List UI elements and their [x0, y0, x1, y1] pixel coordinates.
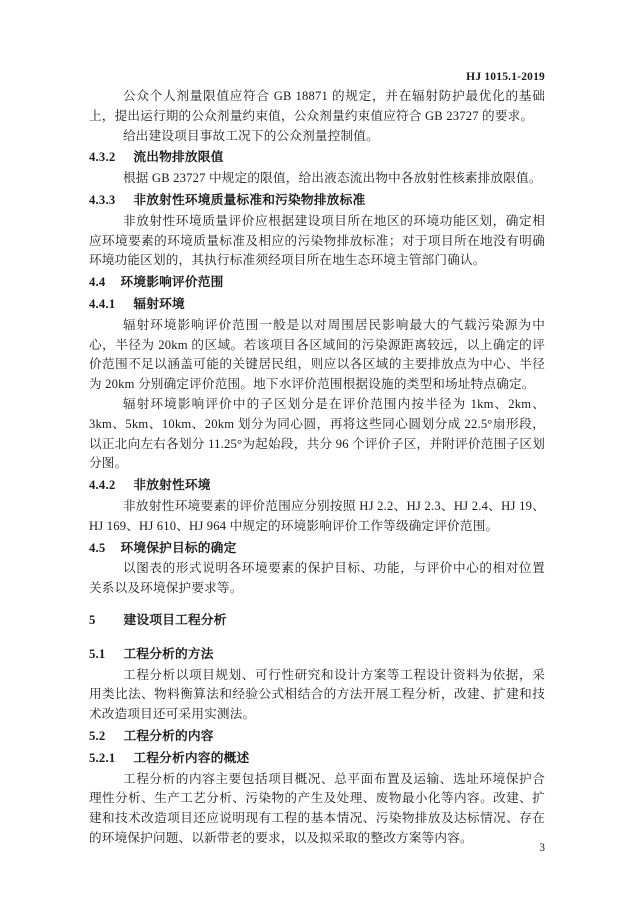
- heading-5-2-1: 5.2.1工程分析内容的概述: [89, 749, 545, 769]
- heading-5-1: 5.1工程分析的方法: [89, 645, 545, 665]
- heading-4-4-1: 4.4.1辐射环境: [89, 295, 545, 315]
- heading-title: 工程分析内容的概述: [133, 751, 249, 765]
- heading-title: 工程分析的内容: [123, 729, 213, 743]
- heading-number: 4.5: [89, 541, 105, 555]
- heading-number: 4.3.3: [89, 193, 115, 207]
- heading-4-3-3: 4.3.3非放射性环境质量标准和污染物排放标准: [89, 191, 545, 211]
- heading-title: 工程分析的方法: [123, 647, 213, 661]
- heading-title: 建设项目工程分析: [124, 613, 227, 627]
- heading-title: 非放射性环境质量标准和污染物排放标准: [133, 193, 365, 207]
- paragraph: 公众个人剂量限值应符合 GB 18871 的规定，并在辐射防护最优化的基础上，提…: [89, 87, 545, 127]
- heading-title: 流出物排放限值: [133, 150, 223, 164]
- heading-number: 4.4: [89, 275, 105, 289]
- heading-title: 非放射性环境: [133, 478, 210, 492]
- heading-title: 辐射环境: [133, 297, 185, 311]
- document-page: HJ 1015.1-2019 公众个人剂量限值应符合 GB 18871 的规定，…: [0, 0, 640, 905]
- heading-4-5: 4.5环境保护目标的确定: [89, 539, 545, 559]
- paragraph: 辐射环境影响评价中的子区划分是在评价范围内按半径为 1km、2km、3km、5k…: [89, 395, 545, 474]
- heading-4-4-2: 4.4.2非放射性环境: [89, 476, 545, 496]
- heading-number: 5.1: [89, 647, 105, 661]
- document-body: 公众个人剂量限值应符合 GB 18871 的规定，并在辐射防护最优化的基础上，提…: [89, 87, 545, 849]
- paragraph: 给出建设项目事故工况下的公众剂量控制值。: [89, 127, 545, 147]
- heading-5: 5建设项目工程分析: [89, 611, 545, 631]
- document-header-code: HJ 1015.1-2019: [89, 71, 545, 83]
- paragraph: 工程分析以项目规划、可行性研究和设计方案等工程设计资料为依据，采用类比法、物料衡…: [89, 666, 545, 725]
- page-number: 3: [89, 842, 545, 854]
- heading-number: 5: [89, 613, 96, 627]
- paragraph: 非放射性环境质量评价应根据建设项目所在地区的环境功能区划，确定相应环境要素的环境…: [89, 212, 545, 271]
- heading-title: 环境保护目标的确定: [120, 541, 236, 555]
- paragraph: 根据 GB 23727 中规定的限值，给出液态流出物中各放射性核素排放限值。: [89, 169, 545, 189]
- paragraph: 工程分析的内容主要包括项目概况、总平面布置及运输、选址环境保护合理性分析、生产工…: [89, 770, 545, 849]
- heading-5-2: 5.2工程分析的内容: [89, 727, 545, 747]
- heading-number: 4.3.2: [89, 150, 115, 164]
- heading-4-3-2: 4.3.2流出物排放限值: [89, 148, 545, 168]
- paragraph: 非放射性环境要素的评价范围应分别按照 HJ 2.2、HJ 2.3、HJ 2.4、…: [89, 497, 545, 537]
- paragraph: 辐射环境影响评价范围一般是以对周围居民影响最大的气载污染源为中心，半径为 20k…: [89, 316, 545, 395]
- heading-number: 4.4.2: [89, 478, 115, 492]
- heading-number: 5.2.1: [89, 751, 115, 765]
- heading-number: 5.2: [89, 729, 105, 743]
- heading-4-4: 4.4环境影响评价范围: [89, 273, 545, 293]
- heading-number: 4.4.1: [89, 297, 115, 311]
- paragraph: 以图表的形式说明各环境要素的保护目标、功能，与评价中心的相对位置关系以及环境保护…: [89, 559, 545, 599]
- heading-title: 环境影响评价范围: [120, 275, 223, 289]
